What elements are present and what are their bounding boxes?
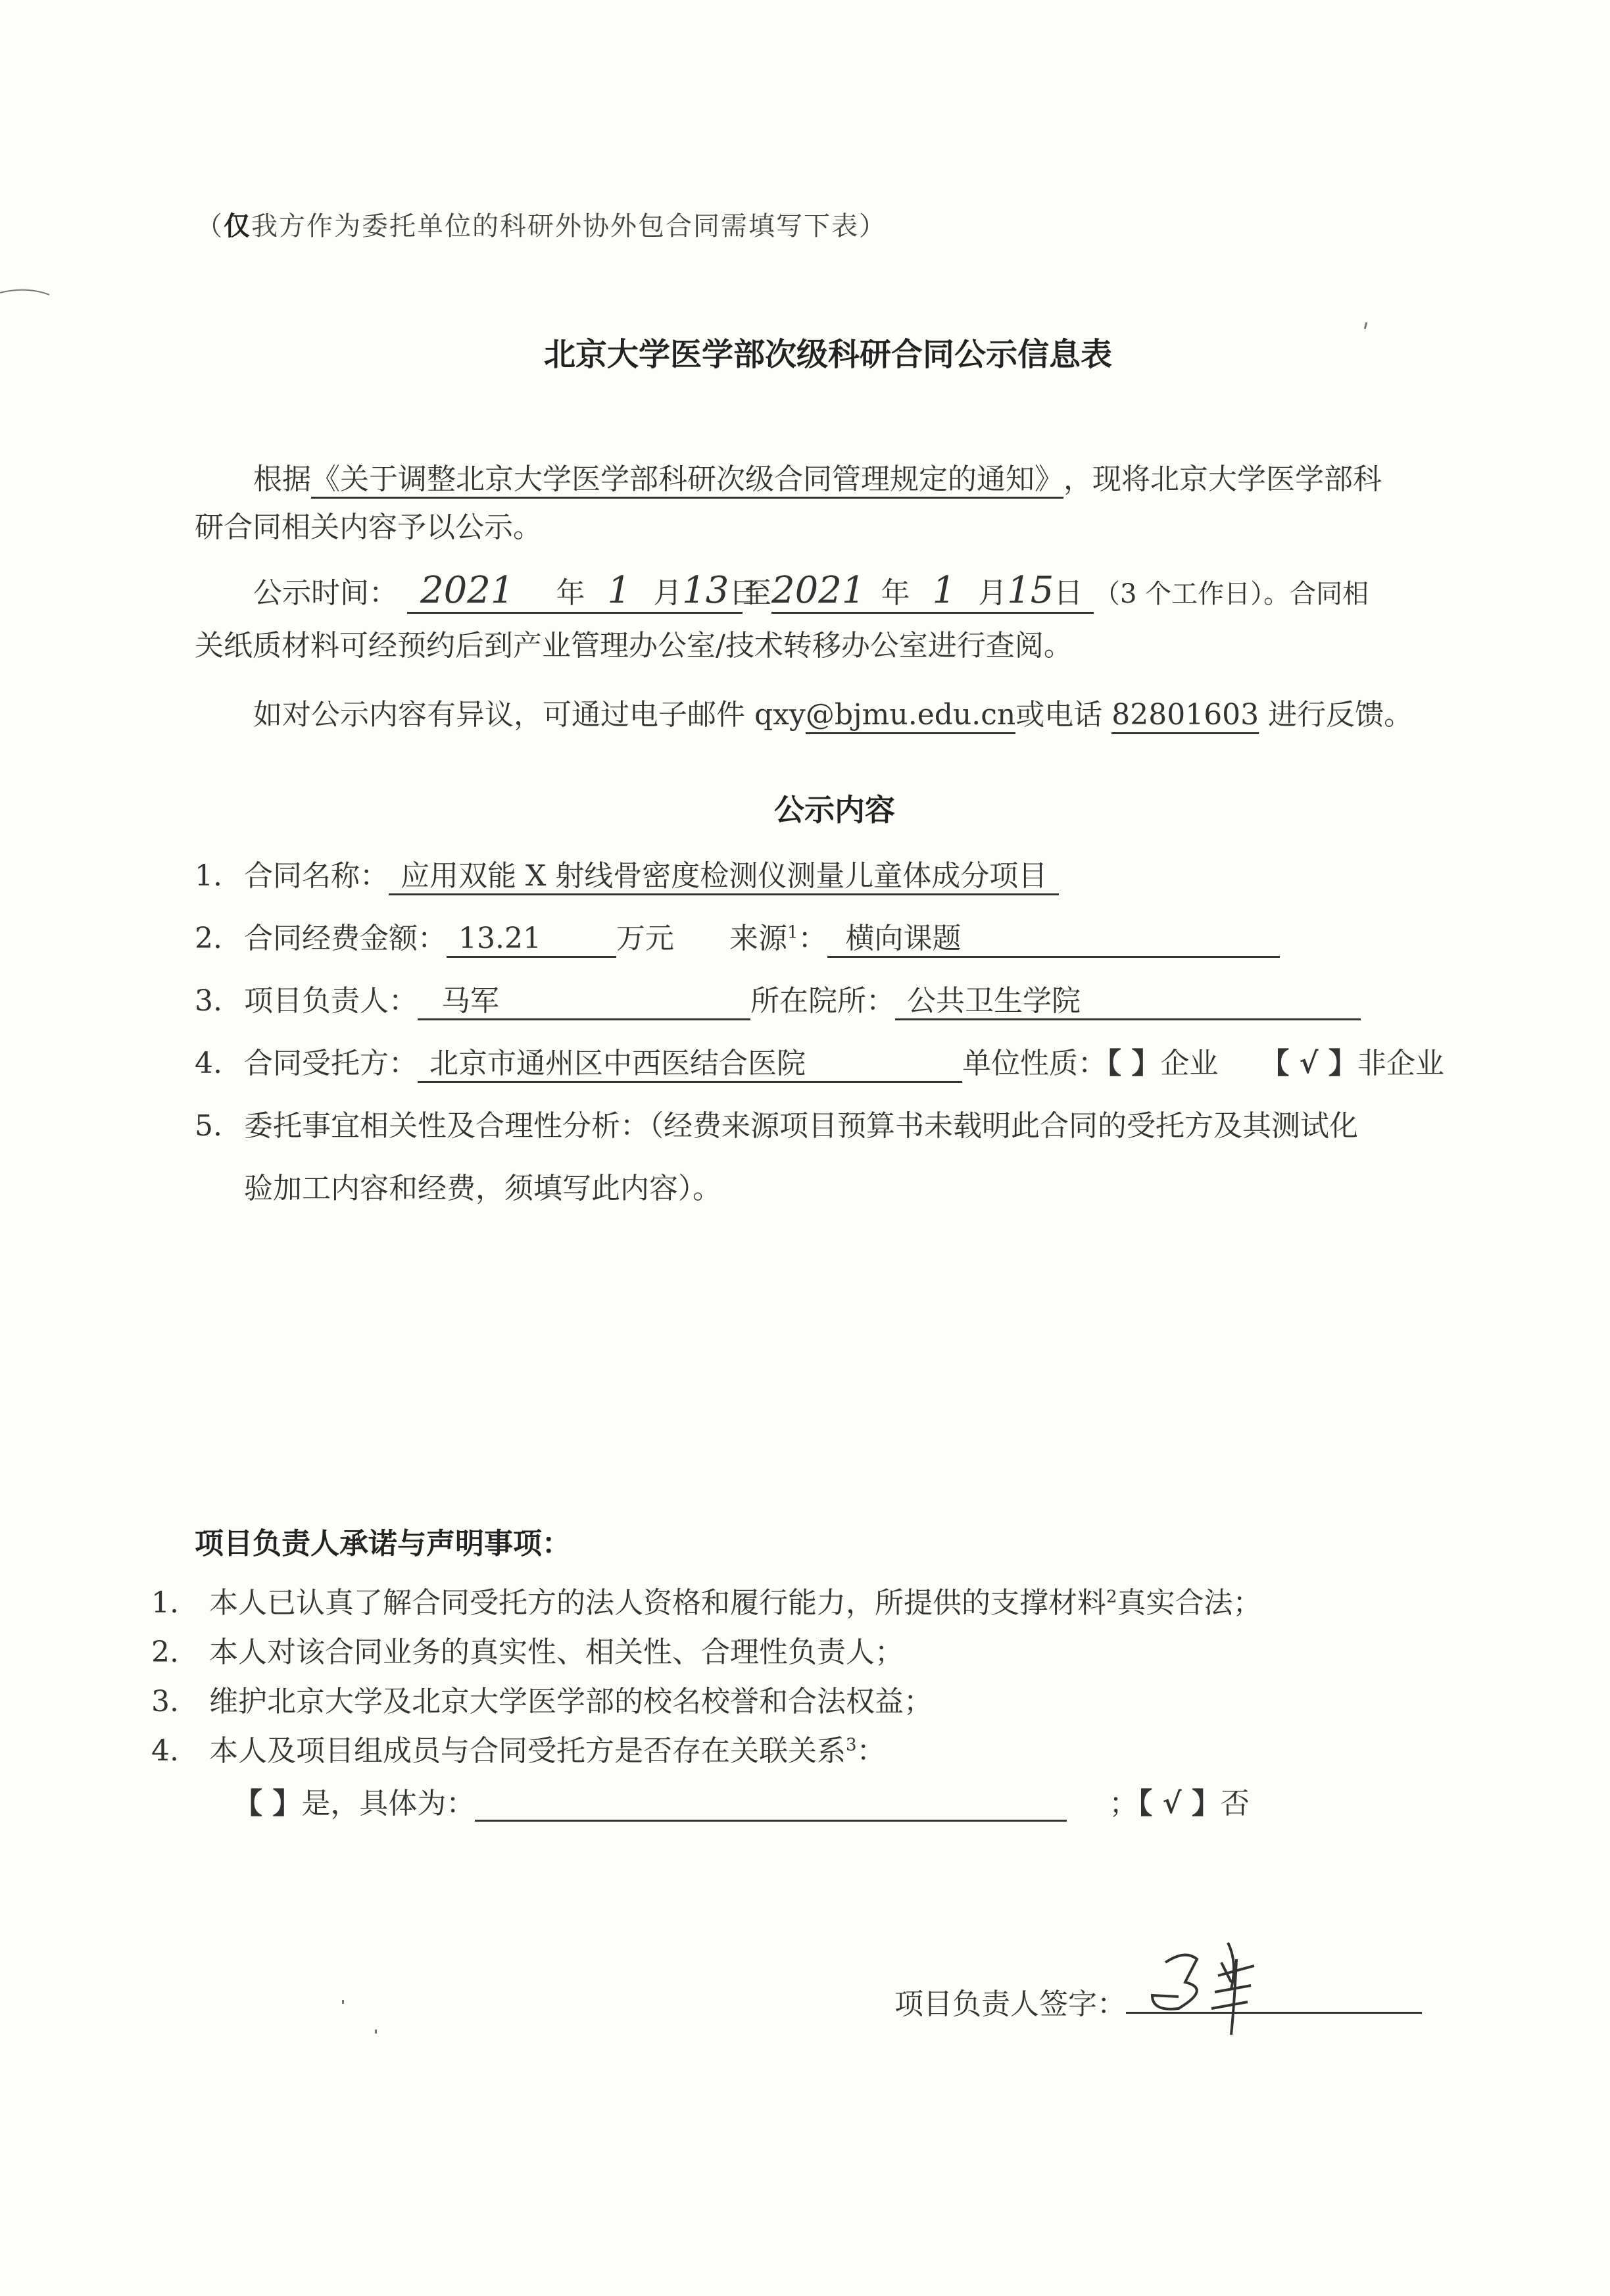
- day-char-2: 日: [1054, 576, 1083, 610]
- end-year: 2021: [771, 569, 866, 612]
- non-enterprise-label: 非企业: [1357, 1047, 1444, 1080]
- year-char: 年: [556, 576, 585, 610]
- scan-speck: [375, 2030, 377, 2034]
- end-day: 15: [1007, 569, 1054, 612]
- related-party-detail-field[interactable]: [475, 1791, 1067, 1822]
- year-char-2: 年: [881, 576, 910, 610]
- scan-speck: [1364, 322, 1367, 329]
- item-project-lead: 3.项目负责人：马军所在院所：公共卫生学院: [195, 977, 1361, 1020]
- start-day: 13: [682, 569, 729, 612]
- scan-speck: [342, 2000, 344, 2004]
- yes-label: 是，具体为：: [301, 1787, 475, 1820]
- month-char-2: 月: [978, 576, 1007, 610]
- declaration-text: 本人及项目组成员与合同受托方是否存在关联关系: [209, 1734, 846, 1768]
- day-char: 日: [729, 576, 758, 610]
- amount-field[interactable]: 13.21: [447, 922, 616, 958]
- enterprise-label: 企业: [1160, 1047, 1218, 1080]
- email-local: qxy: [754, 698, 806, 732]
- item-label: 合同经费金额：: [244, 922, 447, 955]
- related-party-line: 【 】是，具体为： ；【 √ 】否: [233, 1780, 1250, 1822]
- note-text: 我方作为委托单位的科研外协外包合同需填写下表）: [251, 211, 887, 241]
- item-analysis: 5.委托事宜相关性及合理性分析：（经费来源项目预算书未载明此合同的受托方及其测试…: [195, 1102, 1358, 1144]
- declaration-title: 项目负责人承诺与声明事项：: [195, 1520, 571, 1562]
- item-number: 2.: [151, 1635, 209, 1669]
- footnote-ref-3: 3: [846, 1735, 857, 1755]
- declaration-item-3: 3.维护北京大学及北京大学医学部的校名校誉和合法权益；: [151, 1678, 933, 1720]
- intro-suffix: ，现将北京大学医学部科: [1063, 462, 1382, 496]
- dept-label: 所在院所：: [750, 984, 895, 1018]
- amount-unit: 万元: [616, 922, 674, 955]
- period-line-2: 关纸质材料可经预约后到产业管理办公室/技术转移办公室进行查阅。: [195, 622, 1073, 664]
- dept-field[interactable]: 公共卫生学院: [895, 985, 1361, 1020]
- non-enterprise-checkbox[interactable]: 【 √ 】: [1260, 1047, 1357, 1080]
- section-title: 公示内容: [0, 786, 1610, 830]
- signature-label: 项目负责人签字：: [894, 1987, 1126, 2021]
- item-label: 委托事宜相关性及合理性分析：: [244, 1109, 649, 1143]
- item-number: 5.: [195, 1109, 244, 1143]
- notice-title-link: 《关于调整北京大学医学部科研次级合同管理规定的通知》: [311, 463, 1063, 499]
- declaration-text: 本人对该合同业务的真实性、相关性、合理性负责人；: [209, 1635, 904, 1669]
- source-label: 来源: [729, 922, 787, 955]
- item-number: 2.: [195, 922, 244, 955]
- period-start-field[interactable]: 2021 年 1 月13日: [407, 570, 743, 614]
- intro-line-1: 根据《关于调整北京大学医学部科研次级合同管理规定的通知》，现将北京大学医学部科: [253, 455, 1382, 499]
- item-label: 项目负责人：: [244, 984, 418, 1018]
- instruction-note: （仅我方作为委托单位的科研外协外包合同需填写下表）: [196, 205, 887, 243]
- item-label: 合同受托方：: [244, 1047, 418, 1080]
- start-year: 2021: [420, 569, 514, 612]
- project-lead-field[interactable]: 马军: [418, 985, 750, 1020]
- footnote-ref-2: 2: [1106, 1587, 1117, 1607]
- contractee-field[interactable]: 北京市通州区中西医结合医院: [418, 1047, 962, 1083]
- declaration-item-1: 1.本人已认真了解合同受托方的法人资格和履行能力，所提供的支撑材料2真实合法；: [151, 1579, 1262, 1621]
- no-label: 否: [1221, 1787, 1250, 1820]
- end-month: 1: [933, 569, 956, 612]
- item-label: 合同名称：: [244, 859, 389, 893]
- start-month: 1: [608, 569, 631, 612]
- item-number: 1.: [195, 859, 244, 893]
- item-number: 3.: [151, 1685, 209, 1718]
- feedback-middle: 或电话: [1015, 698, 1111, 732]
- item-contract-amount: 2.合同经费金额：13.21万元 来源1：横向课题: [195, 914, 1280, 958]
- intro-prefix: 根据: [253, 462, 311, 496]
- contract-name-field[interactable]: 应用双能 X 射线骨密度检测仪测量儿童体成分项目: [389, 860, 1059, 895]
- feedback-line: 如对公示内容有异议，可通过电子邮件 qxy@bjmu.edu.cn或电话 828…: [253, 691, 1413, 734]
- analysis-note-2: 验加工内容和经费，须填写此内容）。: [244, 1164, 721, 1207]
- intro-line-2: 研合同相关内容予以公示。: [195, 503, 542, 545]
- period-line: 公示时间： 2021 年 1 月13日 至 2021 年 1 月15日 （3 个…: [253, 569, 1369, 614]
- nature-label: 单位性质：: [962, 1047, 1107, 1080]
- declaration-item-2: 2.本人对该合同业务的真实性、相关性、合理性负责人；: [151, 1628, 904, 1670]
- yes-checkbox[interactable]: 【 】: [233, 1787, 301, 1820]
- scan-edge-mark: [0, 283, 53, 303]
- no-checkbox[interactable]: 【 √ 】: [1138, 1787, 1221, 1820]
- item-number: 4.: [151, 1734, 209, 1768]
- phone-number[interactable]: 82801603: [1111, 699, 1259, 734]
- period-end-field[interactable]: 2021 年 1 月15日: [771, 570, 1094, 614]
- item-number: 4.: [195, 1047, 244, 1080]
- declaration-tail: ：: [857, 1734, 886, 1768]
- note-paren: （: [196, 211, 224, 241]
- item-contractee: 4.合同受托方：北京市通州区中西医结合医院单位性质：【 】企业 【 √ 】非企业: [195, 1039, 1444, 1083]
- footnote-ref-1: 1: [787, 922, 798, 942]
- source-field[interactable]: 横向课题: [827, 922, 1280, 958]
- declaration-tail: 真实合法；: [1117, 1586, 1262, 1620]
- analysis-note-1: （经费来源项目预算书未载明此合同的受托方及其测试化: [649, 1109, 1358, 1143]
- handwritten-signature: [1139, 1936, 1284, 2048]
- note-bold-prefix: 仅: [224, 211, 251, 241]
- feedback-suffix: 进行反馈。: [1259, 698, 1413, 732]
- enterprise-checkbox[interactable]: 【 】: [1107, 1047, 1160, 1080]
- declaration-item-4: 4.本人及项目组成员与合同受托方是否存在关联关系3：: [151, 1727, 886, 1769]
- declaration-text: 本人已认真了解合同受托方的法人资格和履行能力，所提供的支撑材料: [209, 1586, 1106, 1620]
- item-number: 1.: [151, 1586, 209, 1620]
- item-contract-name: 1.合同名称：应用双能 X 射线骨密度检测仪测量儿童体成分项目: [195, 852, 1059, 895]
- period-label: 公示时间：: [253, 576, 398, 610]
- declaration-text: 维护北京大学及北京大学医学部的校名校誉和合法权益；: [209, 1685, 933, 1718]
- month-char: 月: [653, 576, 682, 610]
- period-duration: （3 个工作日）。合同相: [1094, 579, 1369, 609]
- item-number: 3.: [195, 984, 244, 1018]
- source-colon: ：: [798, 922, 827, 955]
- email-link[interactable]: @bjmu.edu.cn: [806, 699, 1015, 734]
- signature-line: 项目负责人签字：: [894, 1980, 1422, 2022]
- feedback-prefix: 如对公示内容有异议，可通过电子邮件: [253, 698, 754, 732]
- signature-field[interactable]: [1126, 1985, 1422, 2014]
- page-title: 北京大学医学部次级科研合同公示信息表: [0, 329, 1610, 374]
- separator: ；: [1109, 1787, 1138, 1820]
